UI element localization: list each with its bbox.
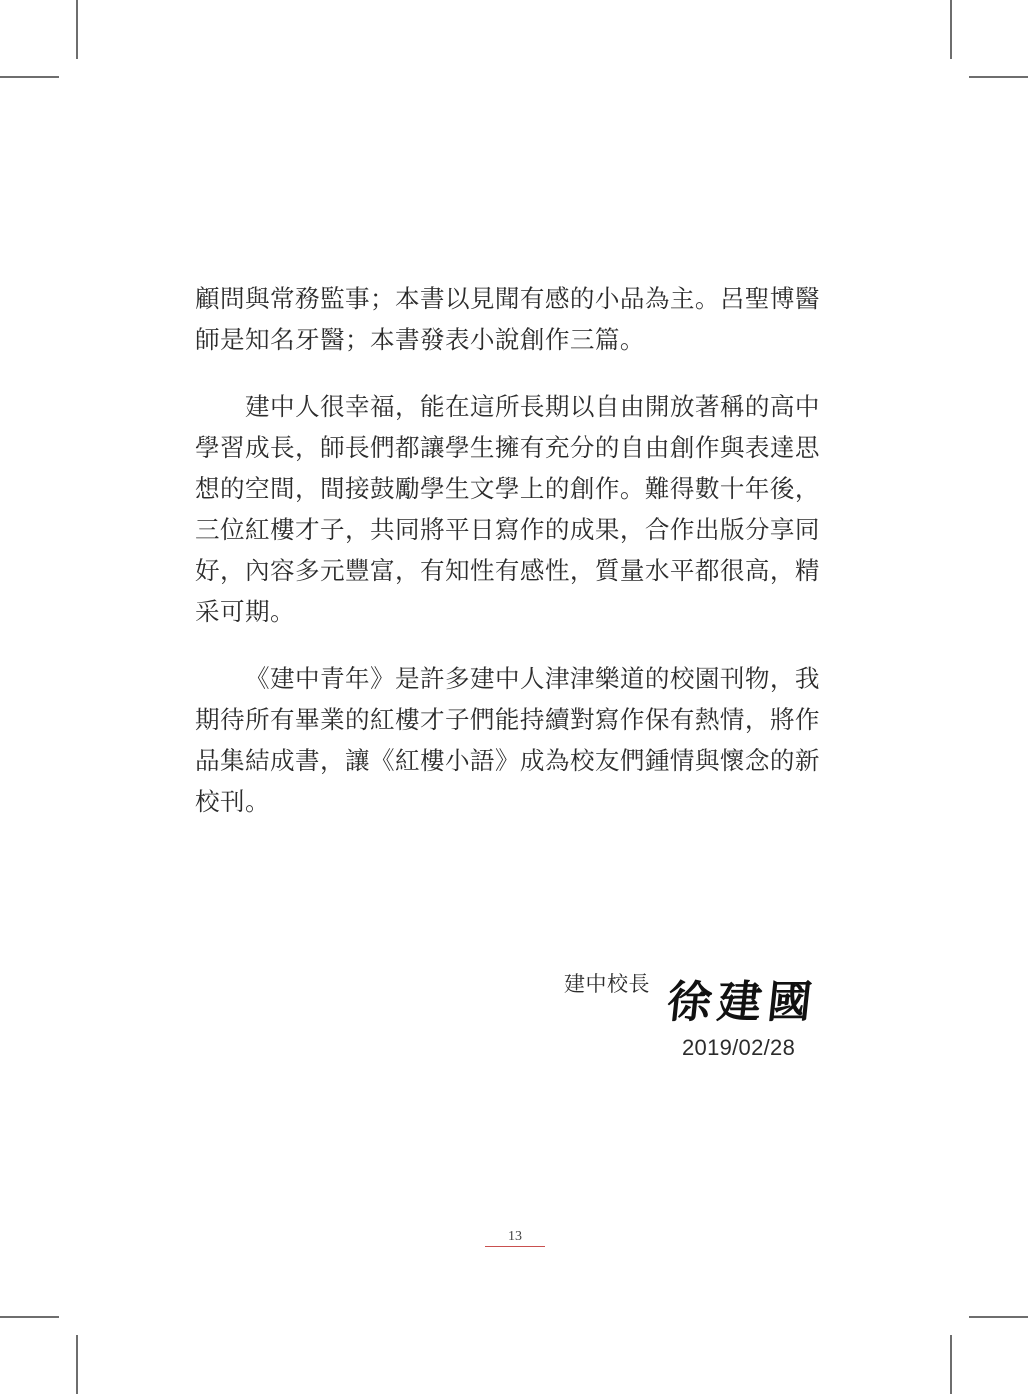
body-text: 顧問與常務監事；本書以見聞有感的小品為主。呂聖博醫 師是知名牙醫；本書發表小說創… <box>195 278 835 848</box>
text-line: 采可期。 <box>195 591 835 632</box>
signer-name-calligraphy: 徐建國 <box>665 966 822 1030</box>
text-line: 建中人很幸福，能在這所長期以自由開放著稱的高中 <box>195 386 835 427</box>
text-line: 好，內容多元豐富，有知性有感性，質量水平都很高，精 <box>195 550 835 591</box>
text-line: 三位紅樓才子，共同將平日寫作的成果，合作出版分享同 <box>195 509 835 550</box>
page-number: 13 <box>485 1228 545 1246</box>
text-line: 師是知名牙醫；本書發表小說創作三篇。 <box>195 319 835 360</box>
crop-mark-bottom-right-horizontal <box>969 1316 1028 1318</box>
signature-block: 建中校長 徐建國 2019/02/28 <box>560 962 830 1072</box>
crop-mark-bottom-right-vertical <box>950 1335 952 1394</box>
text-line: 《建中青年》是許多建中人津津樂道的校園刊物，我 <box>195 658 835 699</box>
crop-mark-top-left-horizontal <box>0 76 59 78</box>
text-line: 顧問與常務監事；本書以見聞有感的小品為主。呂聖博醫 <box>195 278 835 319</box>
signature-date: 2019/02/28 <box>682 1035 795 1061</box>
text-line: 想的空間，間接鼓勵學生文學上的創作。難得數十年後， <box>195 468 835 509</box>
page-number-rule <box>485 1246 545 1247</box>
crop-mark-bottom-left-vertical <box>76 1335 78 1394</box>
crop-mark-top-right-vertical <box>950 0 952 59</box>
paragraph-2: 建中人很幸福，能在這所長期以自由開放著稱的高中 學習成長，師長們都讓學生擁有充分… <box>195 386 835 632</box>
text-line: 學習成長，師長們都讓學生擁有充分的自由創作與表達思 <box>195 427 835 468</box>
signer-title: 建中校長 <box>564 968 650 998</box>
crop-mark-bottom-left-horizontal <box>0 1316 59 1318</box>
text-line: 校刊。 <box>195 781 835 822</box>
crop-mark-top-left-vertical <box>76 0 78 59</box>
crop-mark-top-right-horizontal <box>969 76 1028 78</box>
paragraph-1: 顧問與常務監事；本書以見聞有感的小品為主。呂聖博醫 師是知名牙醫；本書發表小說創… <box>195 278 835 360</box>
text-line: 期待所有畢業的紅樓才子們能持續對寫作保有熱情，將作 <box>195 699 835 740</box>
text-line: 品集結成書，讓《紅樓小語》成為校友們鍾情與懷念的新 <box>195 740 835 781</box>
paragraph-3: 《建中青年》是許多建中人津津樂道的校園刊物，我 期待所有畢業的紅樓才子們能持續對… <box>195 658 835 822</box>
